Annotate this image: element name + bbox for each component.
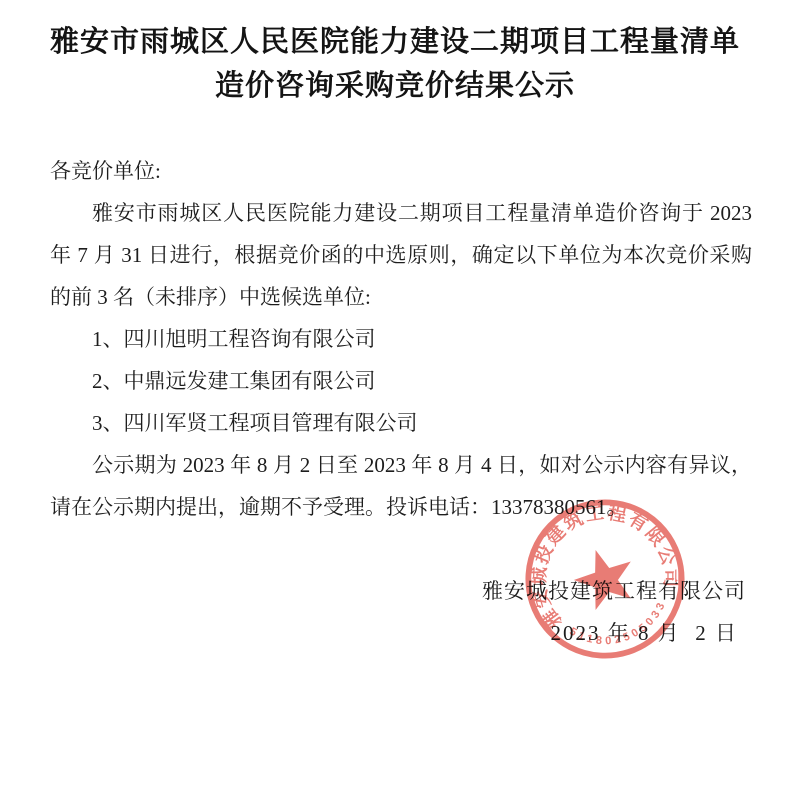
salutation: 各竞价单位: <box>50 150 752 192</box>
winner-item-3: 3、四川军贤工程项目管理有限公司 <box>50 402 752 444</box>
title-line-2: 造价咨询采购竞价结果公示 <box>0 64 790 108</box>
winner-item-2: 2、中鼎远发建工集团有限公司 <box>50 360 752 402</box>
paragraph2-line-1: 公示期为 2023 年 8 月 2 日至 2023 年 8 月 4 日，如对公示… <box>50 444 752 486</box>
paragraph2-line-2: 请在公示期内提出，逾期不予受理。投诉电话：13378380561。 <box>50 486 752 528</box>
paragraph1-line-1: 雅安市雨城区人民医院能力建设二期项目工程量清单造价咨询于 2023 <box>50 192 752 234</box>
document-page: 雅安市雨城区人民医院能力建设二期项目工程量清单 造价咨询采购竞价结果公示 各竞价… <box>0 0 790 795</box>
title-line-1: 雅安市雨城区人民医院能力建设二期项目工程量清单 <box>0 20 790 64</box>
document-body: 各竞价单位: 雅安市雨城区人民医院能力建设二期项目工程量清单造价咨询于 2023… <box>0 150 790 528</box>
signature-block: 雅安城投建筑工程有限公司 2023 年 8 月 2 日 <box>0 570 790 654</box>
paragraph1-line-2: 年 7 月 31 日进行，根据竞价函的中选原则，确定以下单位为本次竞价采购 <box>50 234 752 276</box>
page-title: 雅安市雨城区人民医院能力建设二期项目工程量清单 造价咨询采购竞价结果公示 <box>0 0 790 108</box>
signature-date: 2023 年 8 月 2 日 <box>0 612 746 654</box>
paragraph1-line-3: 的前 3 名（未排序）中选候选单位: <box>50 276 752 318</box>
signature-company: 雅安城投建筑工程有限公司 <box>0 570 746 612</box>
winner-item-1: 1、四川旭明工程咨询有限公司 <box>50 318 752 360</box>
